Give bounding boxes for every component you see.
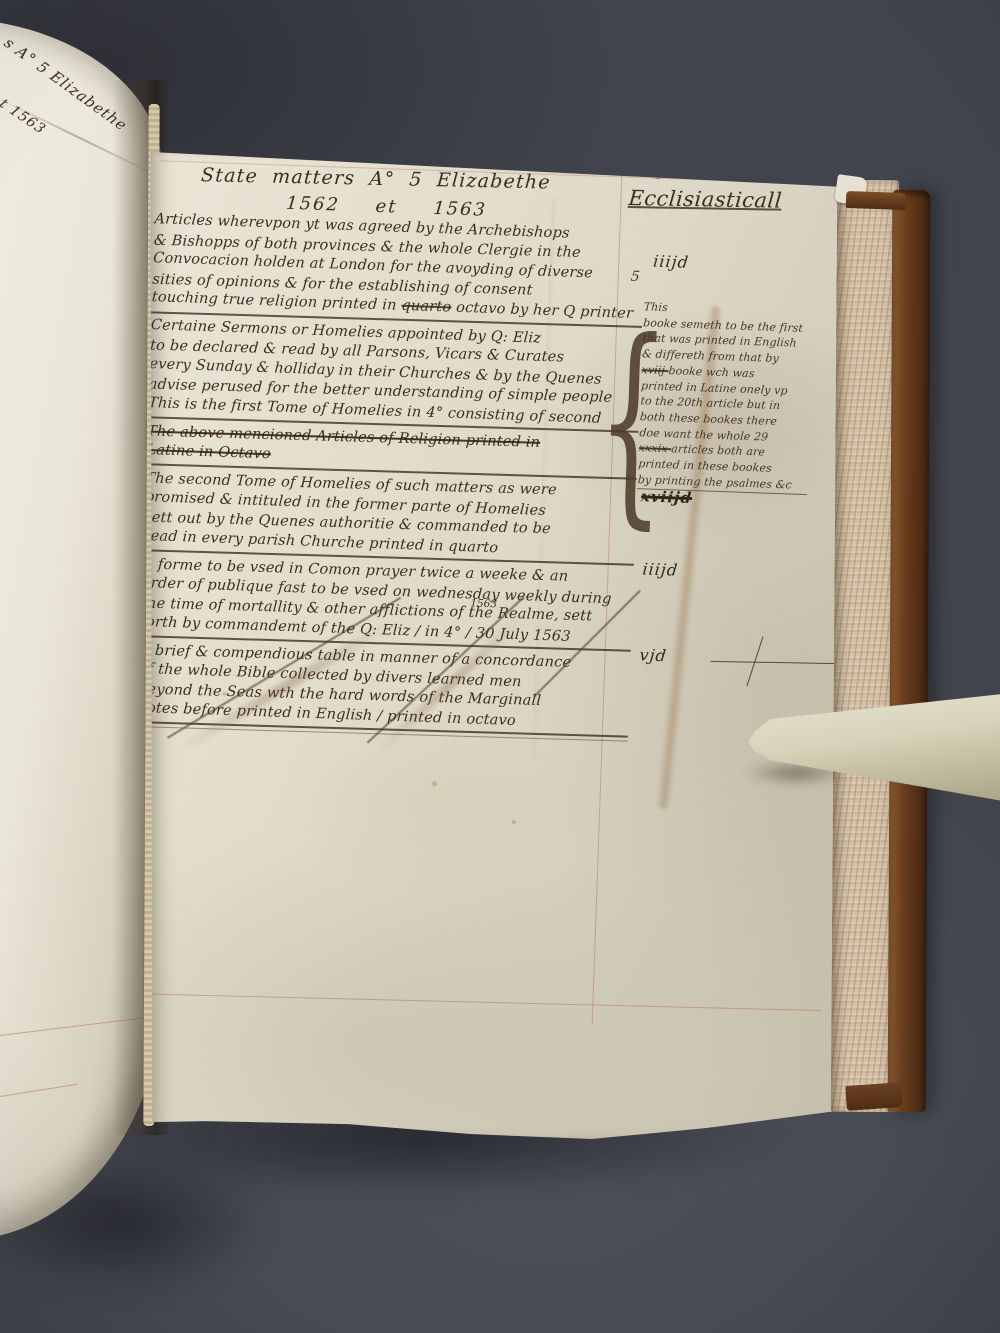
word-run: Latine in Octavo	[146, 442, 272, 462]
struck-word: quarto	[401, 298, 452, 316]
entries: 1Articles wherevpon yt was agreed by the…	[137, 210, 657, 747]
page-content: State matters A° 5 Elizabethe 1562 et 15…	[117, 148, 863, 1162]
folio-number: 183	[653, 165, 686, 183]
page-title: State matters A° 5 Elizabethe	[200, 164, 551, 193]
price-mark: vjd	[639, 645, 668, 665]
word-run: booke wch was	[668, 364, 755, 380]
manuscript-entry: 1Articles wherevpon yt was agreed by the…	[151, 210, 656, 325]
leather-board	[888, 190, 931, 1112]
stain-spot	[430, 780, 439, 787]
leather-board-top-corner	[846, 191, 907, 210]
struck-word: xviij	[641, 363, 669, 377]
struck-word: xxxix	[638, 442, 672, 456]
manuscript-page: State matters A° 5 Elizabethe 1562 et 15…	[148, 146, 864, 1142]
price-mark: iiijd	[642, 559, 680, 579]
entry-date-note: 1563	[470, 597, 497, 610]
price-mark: iiijd	[652, 252, 690, 272]
word-run: This	[643, 300, 668, 314]
leather-board-bottom-corner	[845, 1082, 903, 1111]
price-mark-struck: xviijd	[640, 487, 693, 507]
manuscript-entry: –Certaine Sermons or Homelies appointed …	[148, 316, 653, 431]
margin-numeral: 5	[630, 269, 642, 285]
ruled-line-bottom	[82, 992, 822, 1011]
stain-spot	[511, 819, 517, 825]
tally-mark	[710, 661, 836, 664]
manuscript-entry: The second Tome of Homelies of such matt…	[143, 468, 647, 563]
section-heading: Ecclisiasticall	[628, 186, 784, 213]
manuscript-photograph: s A° 5 Elizabethe t 1563 State matters A…	[0, 0, 1000, 1333]
word-run: articles both are	[671, 443, 766, 459]
